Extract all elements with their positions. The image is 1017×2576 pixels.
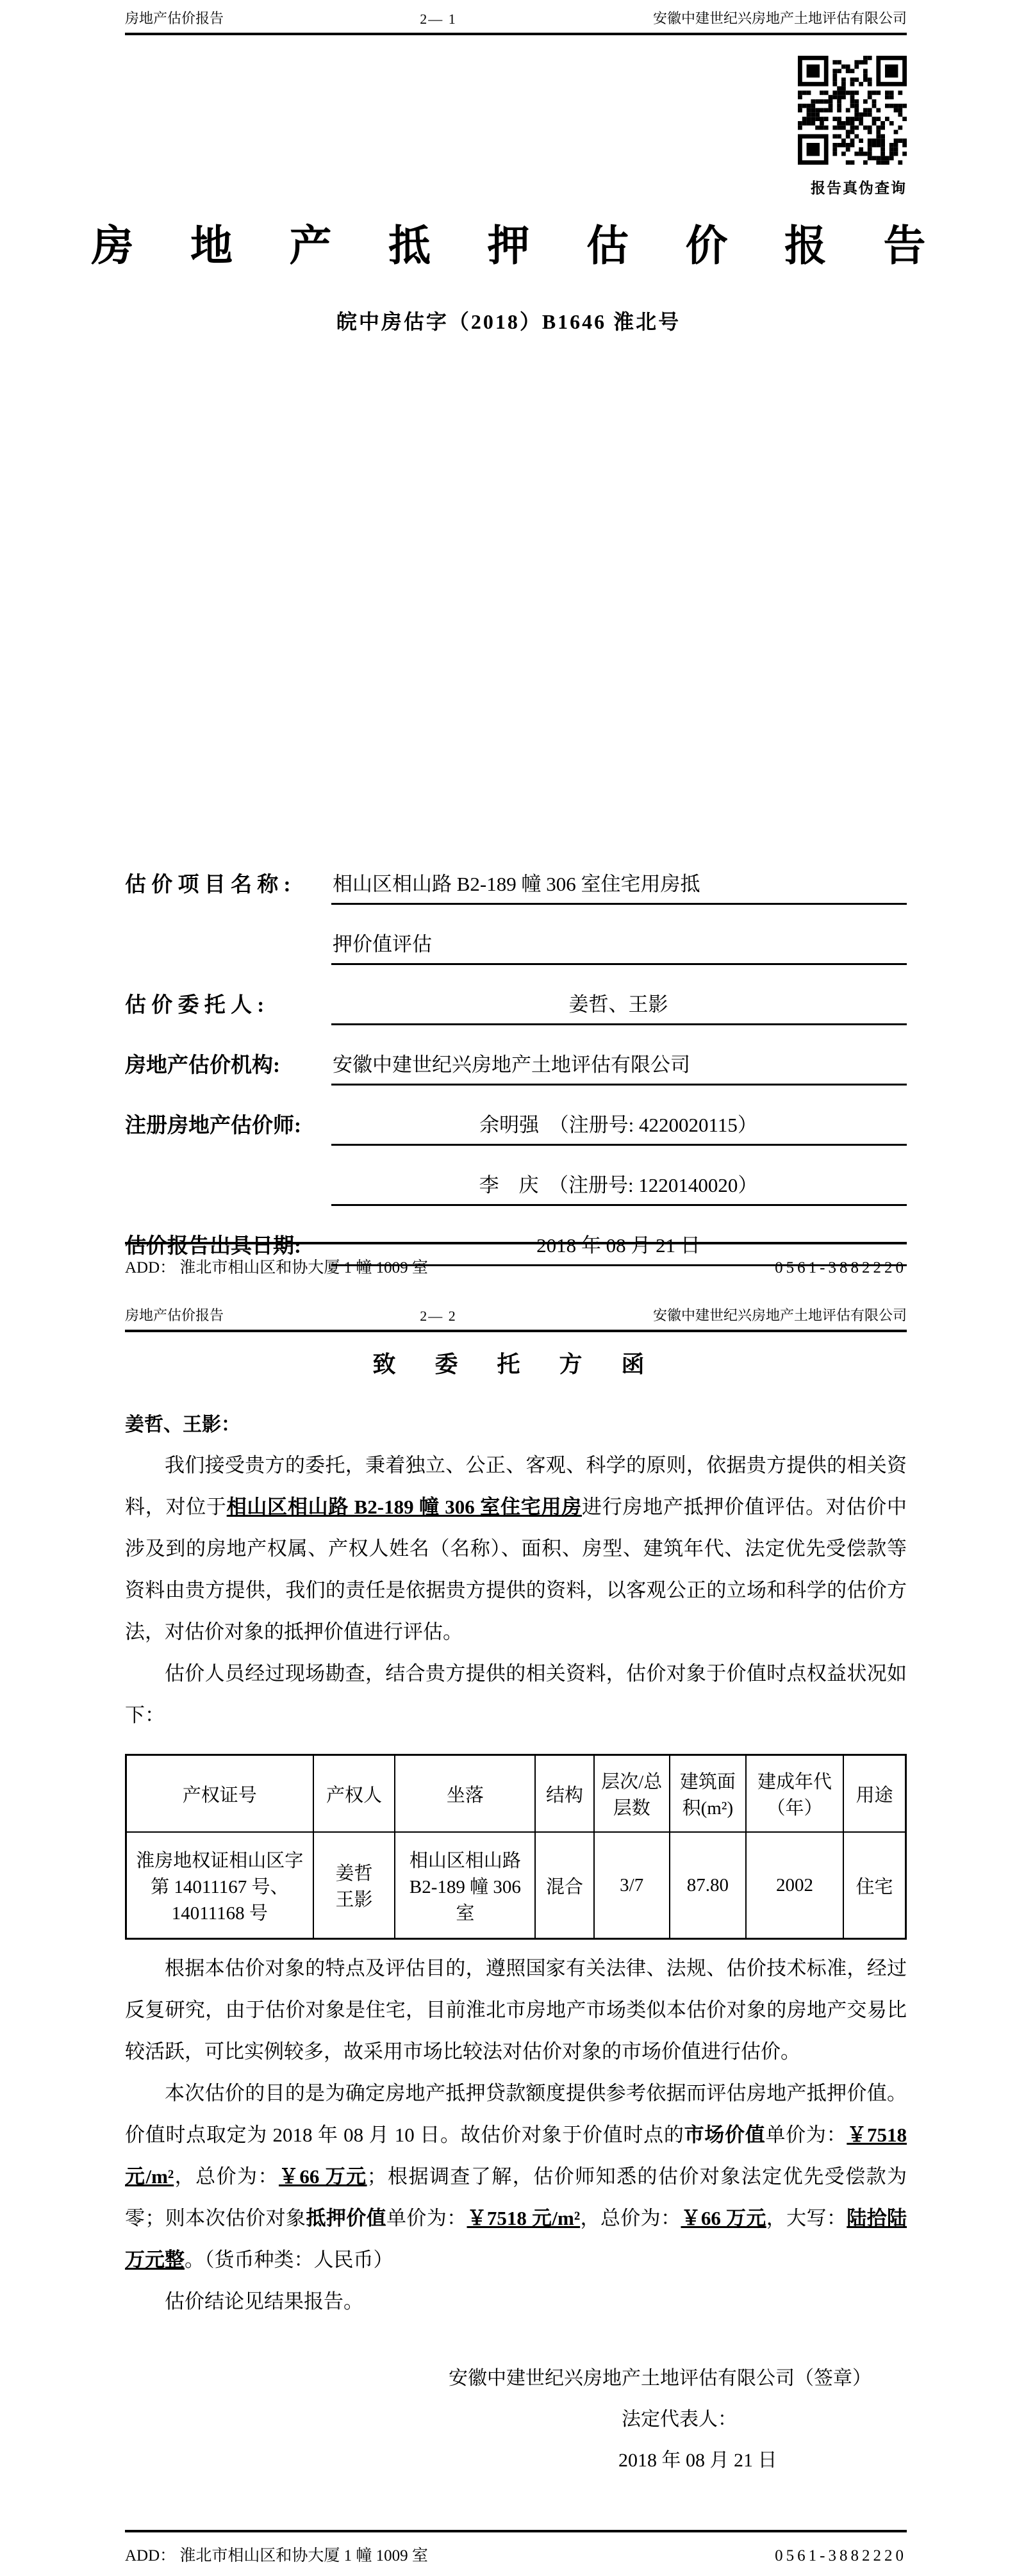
table-row: 淮房地权证相山区字 第 14011167 号、 14011168 号姜哲 王影相…: [126, 1832, 906, 1939]
report-title: 房 地 产 抵 押 估 价 报 告: [23, 211, 1017, 272]
paragraph: 我们接受贵方的委托，秉着独立、公正、客观、科学的原则，依据贵方提供的相关资料，对…: [125, 1444, 907, 1653]
footer-phone: 0561-3882220: [775, 2547, 907, 2565]
field-label: [125, 1168, 331, 1206]
salutation: 姜哲、王影：: [125, 1408, 907, 1437]
text-segment: ￥66 万元: [681, 2207, 766, 2229]
page-1: 房地产估价报告 2— 1 安徽中建世纪兴房地产土地评估有限公司 报告真伪查询 房…: [0, 0, 1017, 1288]
table-cell: 相山区相山路 B2-189 幢 306 室: [395, 1832, 535, 1939]
field-label: 估 价 项 目 名 称 :: [125, 866, 331, 905]
qr-caption: 报告真伪查询: [811, 176, 907, 197]
table-header-cell: 建筑面积(m²): [670, 1755, 746, 1833]
footer-address: ADD： 淮北市相山区和协大厦 1 幢 1009 室: [125, 1255, 428, 1278]
footer-address: ADD： 淮北市相山区和协大厦 1 幢 1009 室: [125, 2543, 428, 2566]
header-company-name: 安徽中建世纪兴房地产土地评估有限公司: [653, 8, 907, 28]
letter-body: 我们接受贵方的委托，秉着独立、公正、客观、科学的原则，依据贵方提供的相关资料，对…: [125, 1444, 907, 1736]
letter-body-continued: 根据本估价对象的特点及评估目的，遵照国家有关法律、法规、估价技术标准，经过反复研…: [125, 1947, 907, 2322]
table-header-cell: 结构: [535, 1755, 593, 1833]
qr-code: [798, 56, 907, 165]
table-cell: 姜哲 王影: [313, 1832, 395, 1939]
table-header-cell: 层次/总层数: [594, 1755, 670, 1833]
table-header-cell: 产权证号: [126, 1755, 313, 1833]
field-value: 李 庆 （注册号: 1220140020）: [331, 1168, 907, 1206]
table-cell: 3/7: [594, 1832, 670, 1939]
field-value: 押价值评估: [331, 927, 907, 965]
field-value: 安徽中建世纪兴房地产土地评估有限公司: [331, 1047, 907, 1086]
text-segment: 市场价值: [684, 2124, 766, 2146]
field-row: 押价值评估: [125, 927, 907, 965]
page-footer: ADD： 淮北市相山区和协大厦 1 幢 1009 室 0561-3882220: [125, 1242, 907, 1278]
paragraph: 本次估价的目的是为确定房地产抵押贷款额度提供参考依据而评估房地产抵押价值。价值时…: [125, 2072, 907, 2281]
table-header-cell: 坐落: [395, 1755, 535, 1833]
closing-date: 2018 年 08 月 21 日: [618, 2440, 907, 2481]
letter-title: 致 委 托 方 函: [17, 1346, 1017, 1379]
ownership-table: 产权证号产权人坐落结构层次/总层数建筑面积(m²)建成年代（年）用途 淮房地权证…: [125, 1754, 907, 1940]
header-page-number: 2— 1: [420, 11, 457, 28]
text-segment: 单价为：: [386, 2207, 467, 2229]
text-segment: 估价结论见结果报告。: [165, 2290, 363, 2313]
paragraph: 根据本估价对象的特点及评估目的，遵照国家有关法律、法规、估价技术标准，经过反复研…: [125, 1947, 907, 2072]
page-header: 房地产估价报告 2— 2 安徽中建世纪兴房地产土地评估有限公司: [125, 1305, 907, 1332]
header-company-name: 安徽中建世纪兴房地产土地评估有限公司: [653, 1305, 907, 1325]
text-segment: 抵押价值: [306, 2207, 386, 2229]
table-cell: 87.80: [670, 1832, 746, 1939]
table-header-cell: 产权人: [313, 1755, 395, 1833]
closing-legal-rep: 法定代表人：: [622, 2399, 907, 2440]
header-doc-type: 房地产估价报告: [125, 1305, 224, 1325]
field-row: 房地产估价机构:安徽中建世纪兴房地产土地评估有限公司: [125, 1047, 907, 1086]
field-value: 余明强 （注册号: 4220020115）: [331, 1107, 907, 1146]
field-row: 估 价 项 目 名 称 :相山区相山路 B2-189 幢 306 室住宅用房抵: [125, 866, 907, 905]
text-segment: 。（货币种类：人民币）: [185, 2249, 393, 2271]
text-segment: ￥7518 元/m²: [467, 2207, 581, 2229]
text-segment: ，总价为：: [580, 2207, 681, 2229]
field-row: 注册房地产估价师:余明强 （注册号: 4220020115）: [125, 1107, 907, 1146]
report-number: 皖中房估字（2018）B1646 淮北号: [0, 306, 1017, 335]
header-page-number: 2— 2: [420, 1308, 457, 1325]
closing-company: 安徽中建世纪兴房地产土地评估有限公司（签章）: [449, 2358, 907, 2399]
footer-phone: 0561-3882220: [775, 1259, 907, 1277]
table-cell: 混合: [535, 1832, 593, 1939]
paragraph: 估价结论见结果报告。: [125, 2281, 907, 2322]
field-label: [125, 927, 331, 965]
table-header-row: 产权证号产权人坐落结构层次/总层数建筑面积(m²)建成年代（年）用途: [126, 1755, 906, 1833]
cover-fields: 估 价 项 目 名 称 :相山区相山路 B2-189 幢 306 室住宅用房抵押…: [125, 866, 907, 1288]
page-footer: ADD： 淮北市相山区和协大厦 1 幢 1009 室 0561-3882220: [125, 2530, 907, 2566]
field-label: 注册房地产估价师:: [125, 1107, 331, 1146]
page-header: 房地产估价报告 2— 1 安徽中建世纪兴房地产土地评估有限公司: [125, 8, 907, 35]
text-segment: 相山区相山路 B2-189 幢 306 室住宅用房: [227, 1496, 582, 1518]
page-2: 房地产估价报告 2— 2 安徽中建世纪兴房地产土地评估有限公司 致 委 托 方 …: [0, 1288, 1017, 2576]
table-cell: 住宅: [843, 1832, 905, 1939]
text-segment: ，总价为：: [174, 2165, 279, 2188]
field-row: 估 价 委 托 人 :姜哲、王影: [125, 987, 907, 1025]
text-segment: 单价为：: [765, 2124, 847, 2146]
header-doc-type: 房地产估价报告: [125, 8, 224, 28]
closing-block: 安徽中建世纪兴房地产土地评估有限公司（签章） 法定代表人： 2018 年 08 …: [125, 2358, 907, 2481]
text-segment: ，大写：: [766, 2207, 847, 2229]
paragraph: 估价人员经过现场勘查，结合贵方提供的相关资料，估价对象于价值时点权益状况如下：: [125, 1653, 907, 1736]
field-label: 房地产估价机构:: [125, 1047, 331, 1086]
table-header-cell: 建成年代（年）: [746, 1755, 843, 1833]
table-header-cell: 用途: [843, 1755, 905, 1833]
qr-block: 报告真伪查询: [125, 56, 907, 197]
table-cell: 2002: [746, 1832, 843, 1939]
field-value: 相山区相山路 B2-189 幢 306 室住宅用房抵: [331, 866, 907, 905]
text-segment: ￥66 万元: [279, 2165, 367, 2188]
table-cell: 淮房地权证相山区字 第 14011167 号、 14011168 号: [126, 1832, 313, 1939]
text-segment: 根据本估价对象的特点及评估目的，遵照国家有关法律、法规、估价技术标准，经过反复研…: [125, 1957, 907, 2063]
field-row: 李 庆 （注册号: 1220140020）: [125, 1168, 907, 1206]
field-value: 姜哲、王影: [331, 987, 907, 1025]
text-segment: 估价人员经过现场勘查，结合贵方提供的相关资料，估价对象于价值时点权益状况如下：: [125, 1662, 907, 1726]
field-label: 估 价 委 托 人 :: [125, 987, 331, 1025]
